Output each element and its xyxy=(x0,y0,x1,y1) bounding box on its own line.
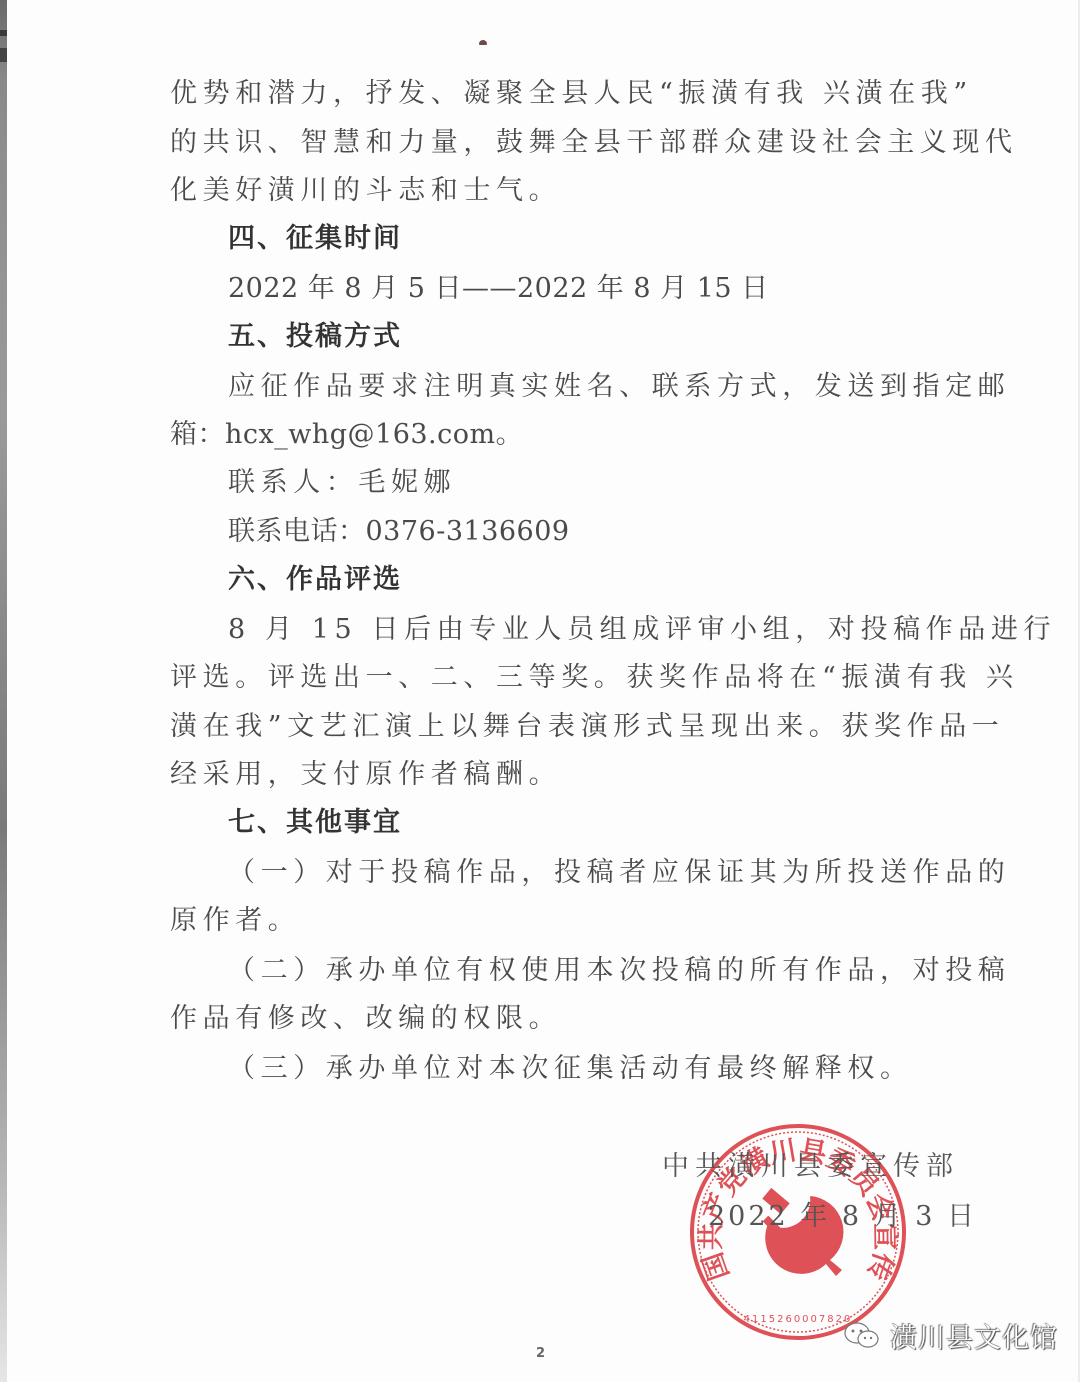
issuing-organization: 中共潢川县委宣传部 xyxy=(662,1150,959,1184)
body-text-line: 潢在我”文艺汇演上以舞台表演形式呈现出来。获奖作品一 xyxy=(170,710,1004,744)
contact-person: 联系人：毛妮娜 xyxy=(228,466,456,500)
body-text-line: （三）承办单位对本次征集活动有最终解释权。 xyxy=(228,1052,913,1086)
body-text-line: 评选。评选出一、二、三等奖。获奖作品将在“振潢有我 兴 xyxy=(170,661,1019,695)
section-heading-collection-time: 四、征集时间 xyxy=(228,222,402,256)
page-number: 2 xyxy=(536,1346,545,1361)
body-text-line: （二）承办单位有权使用本次投稿的所有作品，对投稿 xyxy=(228,954,1010,988)
svg-text:4115260007820: 4115260007820 xyxy=(744,1314,853,1325)
scan-edge-mark xyxy=(0,30,7,36)
scan-edge xyxy=(0,0,7,1382)
body-text-line: 8 月 15 日后由专业人员组成评审小组，对投稿作品进行 xyxy=(228,613,1056,647)
body-text-line: 优势和潜力，抒发、凝聚全县人民“振潢有我 兴潢在我” xyxy=(170,77,973,111)
body-text-line: 化美好潢川的斗志和士气。 xyxy=(170,174,561,208)
section-heading-submission: 五、投稿方式 xyxy=(228,320,402,354)
section-heading-evaluation: 六、作品评选 xyxy=(228,563,402,597)
body-text-line: 经采用，支付原作者稿酬。 xyxy=(170,758,561,792)
body-text-line: 应征作品要求注明真实姓名、联系方式，发送到指定邮 xyxy=(228,370,1010,404)
scan-speck xyxy=(479,40,487,45)
body-text-line: 的共识、智慧和力量，鼓舞全县干部群众建设社会主义现代 xyxy=(170,126,1018,160)
scan-edge-mark xyxy=(0,48,7,62)
body-text-line: （一）对于投稿作品，投稿者应保证其为所投送作品的 xyxy=(228,856,1010,890)
watermark-account-name: 潢川县文化馆 xyxy=(890,1316,1058,1355)
section-heading-other-matters: 七、其他事宜 xyxy=(228,806,402,840)
issue-date: 2022 年 8 月 3 日 xyxy=(708,1200,977,1234)
body-text-line: 原作者。 xyxy=(170,904,300,938)
wechat-watermark: 潢川县文化馆 xyxy=(842,1316,1058,1355)
collection-period: 2022 年 8 月 5 日——2022 年 8 月 15 日 xyxy=(228,272,769,306)
body-text-line: 作品有修改、改编的权限。 xyxy=(170,1002,561,1036)
wechat-icon xyxy=(842,1321,882,1351)
submission-email: 箱：hcx_whg@163.com。 xyxy=(170,418,523,452)
document-page: 优势和潜力，抒发、凝聚全县人民“振潢有我 兴潢在我” 的共识、智慧和力量，鼓舞全… xyxy=(0,0,1080,1382)
contact-phone: 联系电话：0376-3136609 xyxy=(228,515,570,549)
